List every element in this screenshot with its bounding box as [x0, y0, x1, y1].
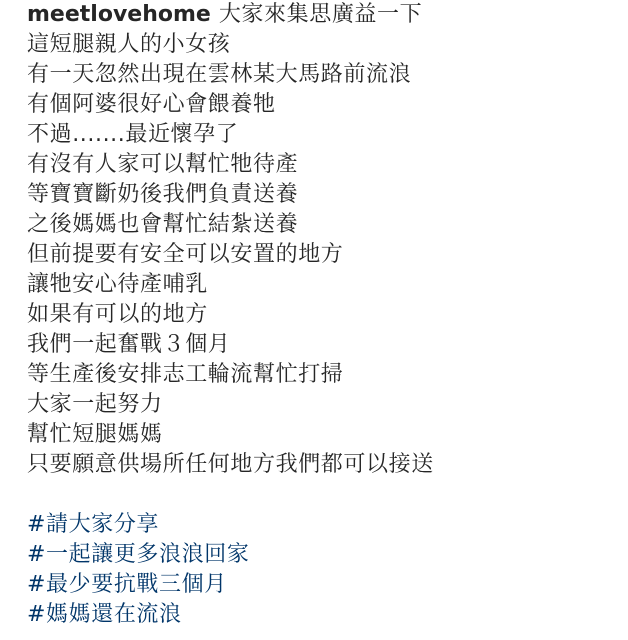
caption-line: 這短腿親人的小女孩: [27, 30, 627, 60]
caption-line: 如果有可以的地方: [27, 300, 627, 330]
username-link[interactable]: meetlovehome: [27, 2, 211, 27]
caption-line: 幫忙短腿媽媽: [27, 420, 627, 450]
caption-text: 大家來集思廣益一下: [219, 2, 422, 27]
hashtag-link[interactable]: #媽媽還在流浪: [27, 600, 627, 630]
caption-line: 但前提要有安全可以安置的地方: [27, 240, 627, 270]
blank-line: [27, 480, 627, 510]
caption-line: 有沒有人家可以幫忙牠待產: [27, 150, 627, 180]
caption-line: 之後媽媽也會幫忙結紮送養: [27, 210, 627, 240]
post-caption: meetlovehome大家來集思廣益一下 這短腿親人的小女孩 有一天忽然出現在…: [27, 0, 627, 630]
hashtag-link[interactable]: #最少要抗戰三個月: [27, 570, 627, 600]
caption-line: 等生產後安排志工輪流幫忙打掃: [27, 360, 627, 390]
hashtag-link[interactable]: #一起讓更多浪浪回家: [27, 540, 627, 570]
caption-line: 不過.......最近懷孕了: [27, 120, 627, 150]
caption-line: 大家一起努力: [27, 390, 627, 420]
caption-first-line: meetlovehome大家來集思廣益一下: [27, 0, 627, 30]
caption-line: 有個阿婆很好心會餵養牠: [27, 90, 627, 120]
caption-line: 等寶寶斷奶後我們負責送養: [27, 180, 627, 210]
caption-line: 只要願意供場所任何地方我們都可以接送: [27, 450, 627, 480]
caption-line: 讓牠安心待產哺乳: [27, 270, 627, 300]
caption-line: 我們一起奮戰３個月: [27, 330, 627, 360]
caption-line: 有一天忽然出現在雲林某大馬路前流浪: [27, 60, 627, 90]
hashtag-link[interactable]: #請大家分享: [27, 510, 627, 540]
